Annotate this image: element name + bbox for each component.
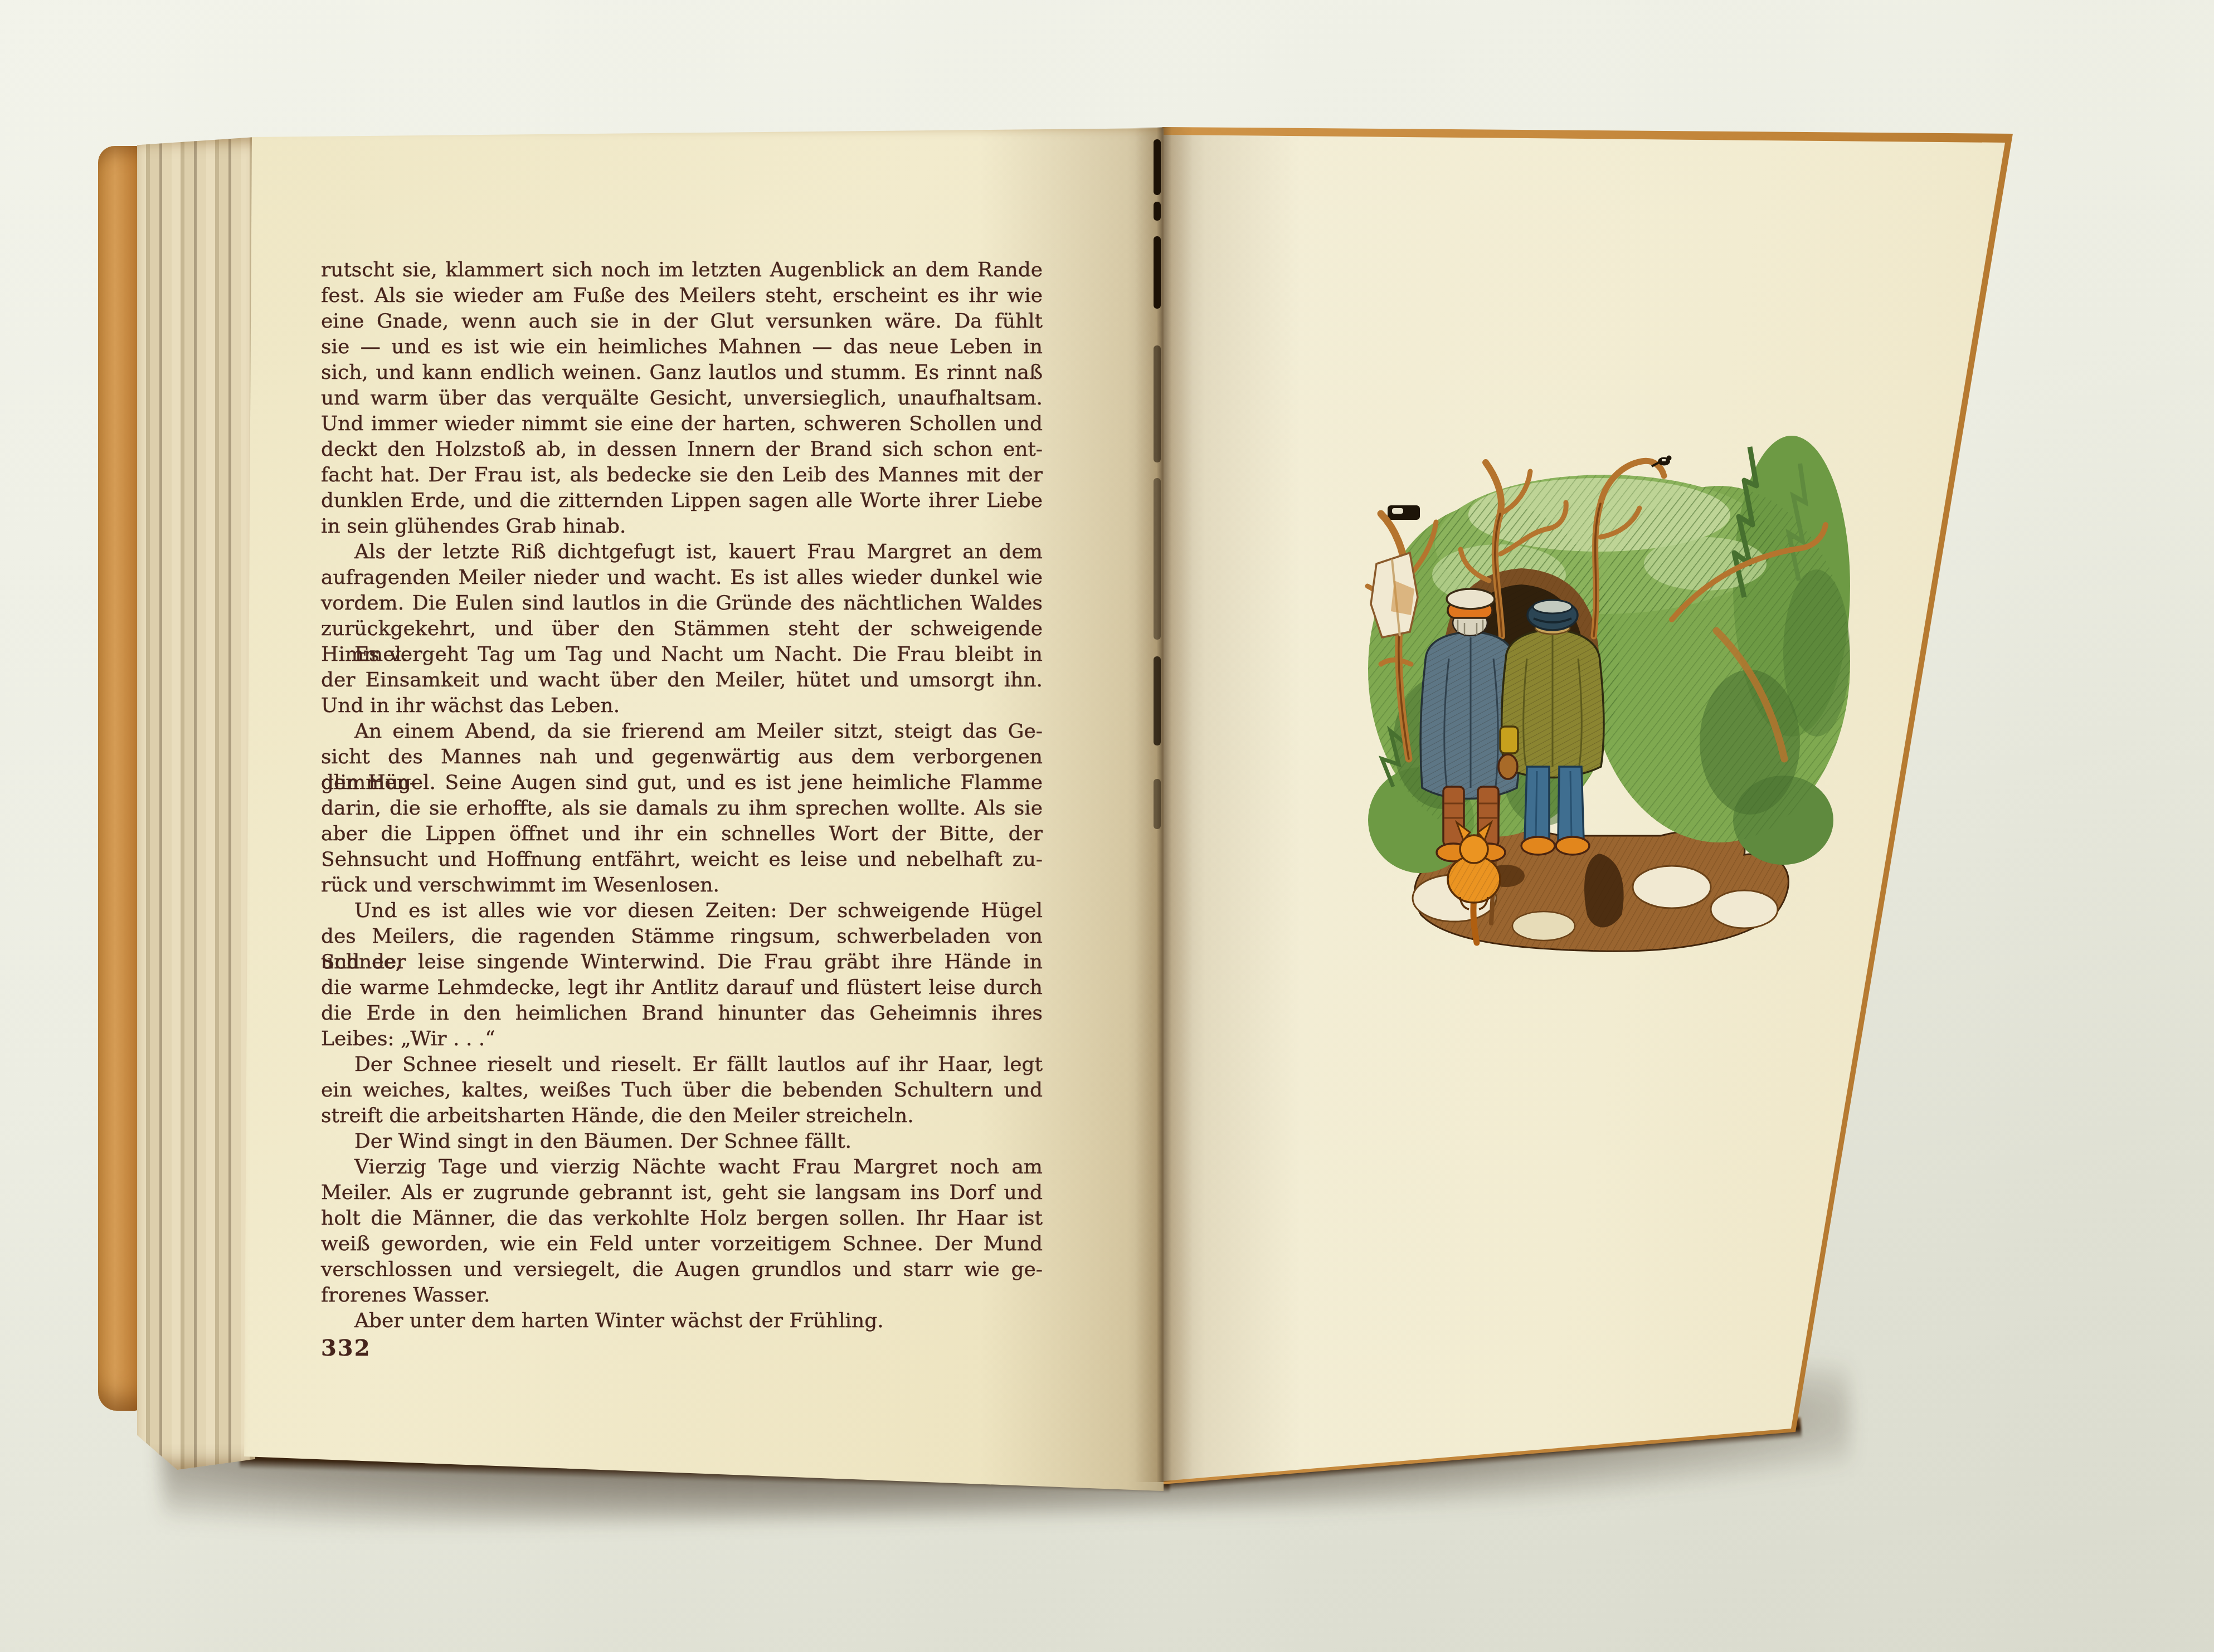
text-line: sich, und kann endlich weinen. Ganz laut… [321, 360, 1043, 386]
text-line: vordem. Die Eulen sind lautlos in die Gr… [321, 591, 1043, 616]
text-line: verschlossen und versiegelt, die Augen g… [321, 1257, 1043, 1283]
text-line: Es vergeht Tag um Tag und Nacht um Nacht… [321, 642, 1043, 667]
binding-stitch [1154, 656, 1161, 745]
text-line: Und immer wieder nimmt sie eine der hart… [321, 411, 1043, 437]
text-line: Aber unter dem harten Winter wächst der … [321, 1308, 1043, 1334]
text-line: aufragenden Meiler nieder und wacht. Es … [321, 565, 1043, 591]
text-line: Vierzig Tage und vierzig Nächte wacht Fr… [321, 1154, 1043, 1180]
text-line: Als der letzte Riß dichtgefugt ist, kaue… [321, 539, 1043, 565]
text-line: rück und verschwimmt im Wesenlosen. [321, 873, 1043, 898]
left-page-block-edges [137, 137, 255, 1470]
text-line: und warm über das verquälte Gesicht, unv… [321, 386, 1043, 411]
illustration [1360, 397, 1850, 954]
text-line: streift die arbeitsharten Hände, die den… [321, 1103, 1043, 1129]
text-line: Der Wind singt in den Bäumen. Der Schnee… [321, 1129, 1043, 1154]
text-line: Leibes: „Wir . . .“ [321, 1026, 1043, 1052]
text-line: sicht des Mannes nah und gegenwärtig aus… [321, 744, 1043, 770]
text-line: fest. Als sie wieder am Fuße des Meilers… [321, 283, 1043, 309]
binding-stitch [1154, 478, 1161, 640]
text-line: Der Schnee rieselt und rieselt. Er fällt… [321, 1052, 1043, 1078]
text-line: deckt den Holzstoß ab, in dessen Innern … [321, 437, 1043, 462]
text-line: in sein glühendes Grab hinab. [321, 514, 1043, 539]
text-line: frorenes Wasser. [321, 1283, 1043, 1308]
text-line: der Einsamkeit und wacht über den Meiler… [321, 667, 1043, 693]
text-line: Sehnsucht und Hoffnung entfährt, weicht … [321, 847, 1043, 873]
text-line: An einem Abend, da sie frierend am Meile… [321, 719, 1043, 744]
text-line: die warme Lehmdecke, legt ihr Antlitz da… [321, 975, 1043, 1001]
photo-of-open-book: rutscht sie, klammert sich noch im letzt… [0, 0, 2214, 1652]
text-line: Und es ist alles wie vor diesen Zeiten: … [321, 898, 1043, 924]
binding-stitch [1154, 202, 1161, 221]
text-line: holt die Männer, die das verkohlte Holz … [321, 1206, 1043, 1231]
binding-stitch [1154, 779, 1161, 829]
text-line: des Meilers, die ragenden Stämme ringsum… [321, 924, 1043, 949]
page-number: 332 [321, 1335, 371, 1361]
text-line: Meiler. Als er zugrunde gebrannt ist, ge… [321, 1180, 1043, 1206]
binding-stitch [1154, 236, 1161, 309]
text-line: aber die Lippen öffnet und ihr ein schne… [321, 821, 1043, 847]
text-line: ein weiches, kaltes, weißes Tuch über di… [321, 1078, 1043, 1103]
text-line: rutscht sie, klammert sich noch im letzt… [321, 257, 1043, 283]
sack [1371, 553, 1418, 637]
text-line: eine Gnade, wenn auch sie in der Glut ve… [321, 309, 1043, 334]
text-line: den Hügel. Seine Augen sind gut, und es … [321, 770, 1043, 796]
text-line: Und in ihr wächst das Leben. [321, 693, 1043, 719]
binding-stitch [1154, 345, 1161, 462]
text-line: die Erde in den heimlichen Brand hinunte… [321, 1001, 1043, 1026]
text-line: sie — und es ist wie ein heimliches Mahn… [321, 334, 1043, 360]
binding-stitch [1154, 139, 1161, 195]
text-line: facht hat. Der Frau ist, als bedecke sie… [321, 462, 1043, 488]
text-line: weiß geworden, wie ein Feld unter vorzei… [321, 1231, 1043, 1257]
text-line: und der leise singende Winterwind. Die F… [321, 949, 1043, 975]
left-page-text: rutscht sie, klammert sich noch im letzt… [321, 257, 1043, 1335]
gutter-crease [1135, 127, 1193, 1482]
left-cover-fore-edge [98, 146, 140, 1411]
text-line: dunklen Erde, und die zitternden Lippen … [321, 488, 1043, 514]
text-line: zurückgekehrt, und über den Stämmen steh… [321, 616, 1043, 642]
text-line: darin, die sie erhoffte, als sie damals … [321, 796, 1043, 821]
